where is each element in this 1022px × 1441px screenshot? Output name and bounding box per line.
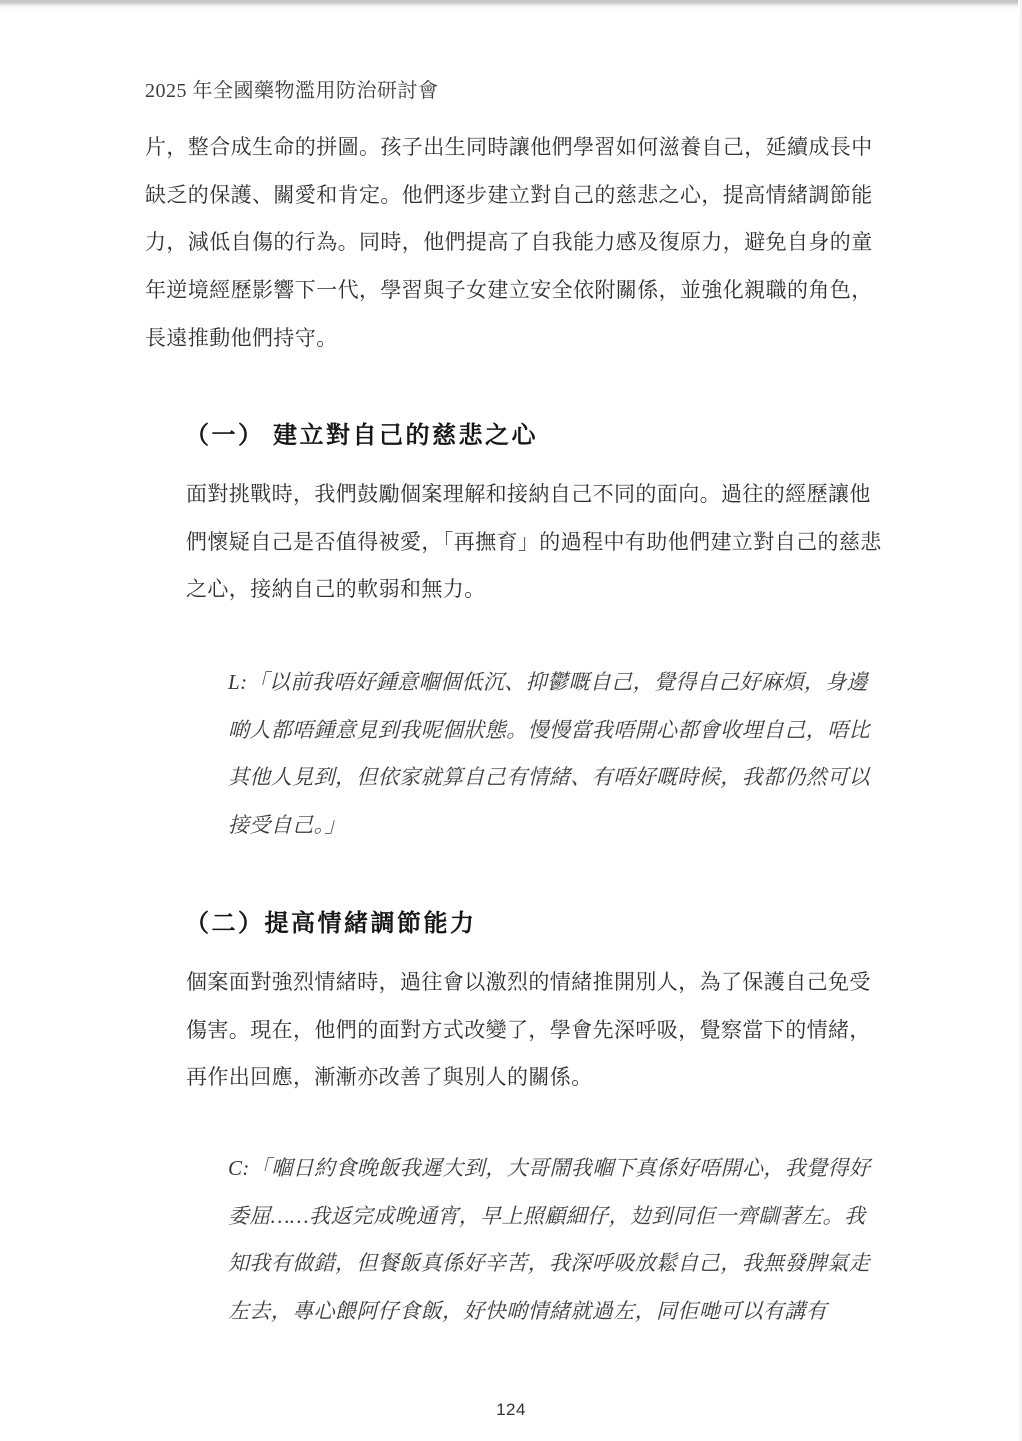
section2-line: 傷害。現在，他們的面對方式改變了，學會先深呼吸，覺察當下的情緒， — [186, 1007, 871, 1055]
quote-line: 知我有做錯，但餐飯真係好辛苦，我深呼吸放鬆自己，我無發脾氣走 — [228, 1240, 870, 1288]
intro-paragraph: 片，整合成生命的拼圖。孩子出生同時讓他們學習如何滋養自己，延續成長中 缺乏的保護… — [145, 124, 873, 363]
section2-line: 再作出回應，漸漸亦改善了與別人的關係。 — [186, 1054, 871, 1102]
section1-client-quote: L:「以前我唔好鍾意嗰個低沉、抑鬱嘅自己，覺得自己好麻煩，身邊 啲人都唔鍾意見到… — [228, 659, 870, 850]
section2-paragraph: 個案面對強烈情緒時，過往會以激烈的情緒推開別人，為了保護自己免受 傷害。現在，他… — [186, 959, 871, 1102]
intro-line: 年逆境經歷影響下一代，學習與子女建立安全依附關係，並強化親職的角色， — [145, 267, 873, 315]
page-number: 124 — [0, 1400, 1022, 1420]
document-page: 2025 年全國藥物濫用防治研討會 片，整合成生命的拼圖。孩子出生同時讓他們學習… — [0, 0, 1022, 1441]
page-top-edge-shadow — [0, 0, 1022, 12]
section1-paragraph: 面對挑戰時，我們鼓勵個案理解和接納自己不同的面向。過往的經歷讓他 們懷疑自己是否… — [186, 471, 882, 614]
quote-line: C:「嗰日約食晚飯我遲大到，大哥鬧我嗰下真係好唔開心，我覺得好 — [228, 1145, 870, 1193]
section1-line: 之心，接納自己的軟弱和無力。 — [186, 566, 882, 614]
quote-line: 啲人都唔鍾意見到我呢個狀態。慢慢當我唔開心都會收埋自己，唔比 — [228, 707, 870, 755]
section1-heading: （一） 建立對自己的慈悲之心 — [185, 419, 538, 453]
section2-heading: （二）提高情緒調節能力 — [185, 907, 477, 941]
intro-line: 缺乏的保護、關愛和肯定。他們逐步建立對自己的慈悲之心，提高情緒調節能 — [145, 172, 873, 220]
quote-line: 左去，專心餵阿仔食飯，好快啲情緒就過左，同佢哋可以有講有 — [228, 1288, 870, 1336]
section1-line: 面對挑戰時，我們鼓勵個案理解和接納自己不同的面向。過往的經歷讓他 — [186, 471, 882, 519]
intro-line: 力，減低自傷的行為。同時，他們提高了自我能力感及復原力，避免自身的童 — [145, 219, 873, 267]
section1-line: 們懷疑自己是否值得被愛，「再撫育」的過程中有助他們建立對自己的慈悲 — [186, 519, 882, 567]
quote-line: 委屈……我返完成晚通宵，早上照顧細仔，攰到同佢一齊瞓著左。我 — [228, 1193, 870, 1241]
section2-line: 個案面對強烈情緒時，過往會以激烈的情緒推開別人，為了保護自己免受 — [186, 959, 871, 1007]
quote-line: 接受自己。」 — [228, 802, 870, 850]
intro-line: 片，整合成生命的拼圖。孩子出生同時讓他們學習如何滋養自己，延續成長中 — [145, 124, 873, 172]
running-header: 2025 年全國藥物濫用防治研討會 — [145, 74, 439, 103]
quote-line: 其他人見到，但依家就算自己有情緒、有唔好嘅時候，我都仍然可以 — [228, 754, 870, 802]
page-right-edge-shadow — [1018, 0, 1022, 1441]
intro-line: 長遠推動他們持守。 — [145, 315, 873, 363]
section2-client-quote: C:「嗰日約食晚飯我遲大到，大哥鬧我嗰下真係好唔開心，我覺得好 委屈……我返完成… — [228, 1145, 870, 1336]
quote-line: L:「以前我唔好鍾意嗰個低沉、抑鬱嘅自己，覺得自己好麻煩，身邊 — [228, 659, 870, 707]
